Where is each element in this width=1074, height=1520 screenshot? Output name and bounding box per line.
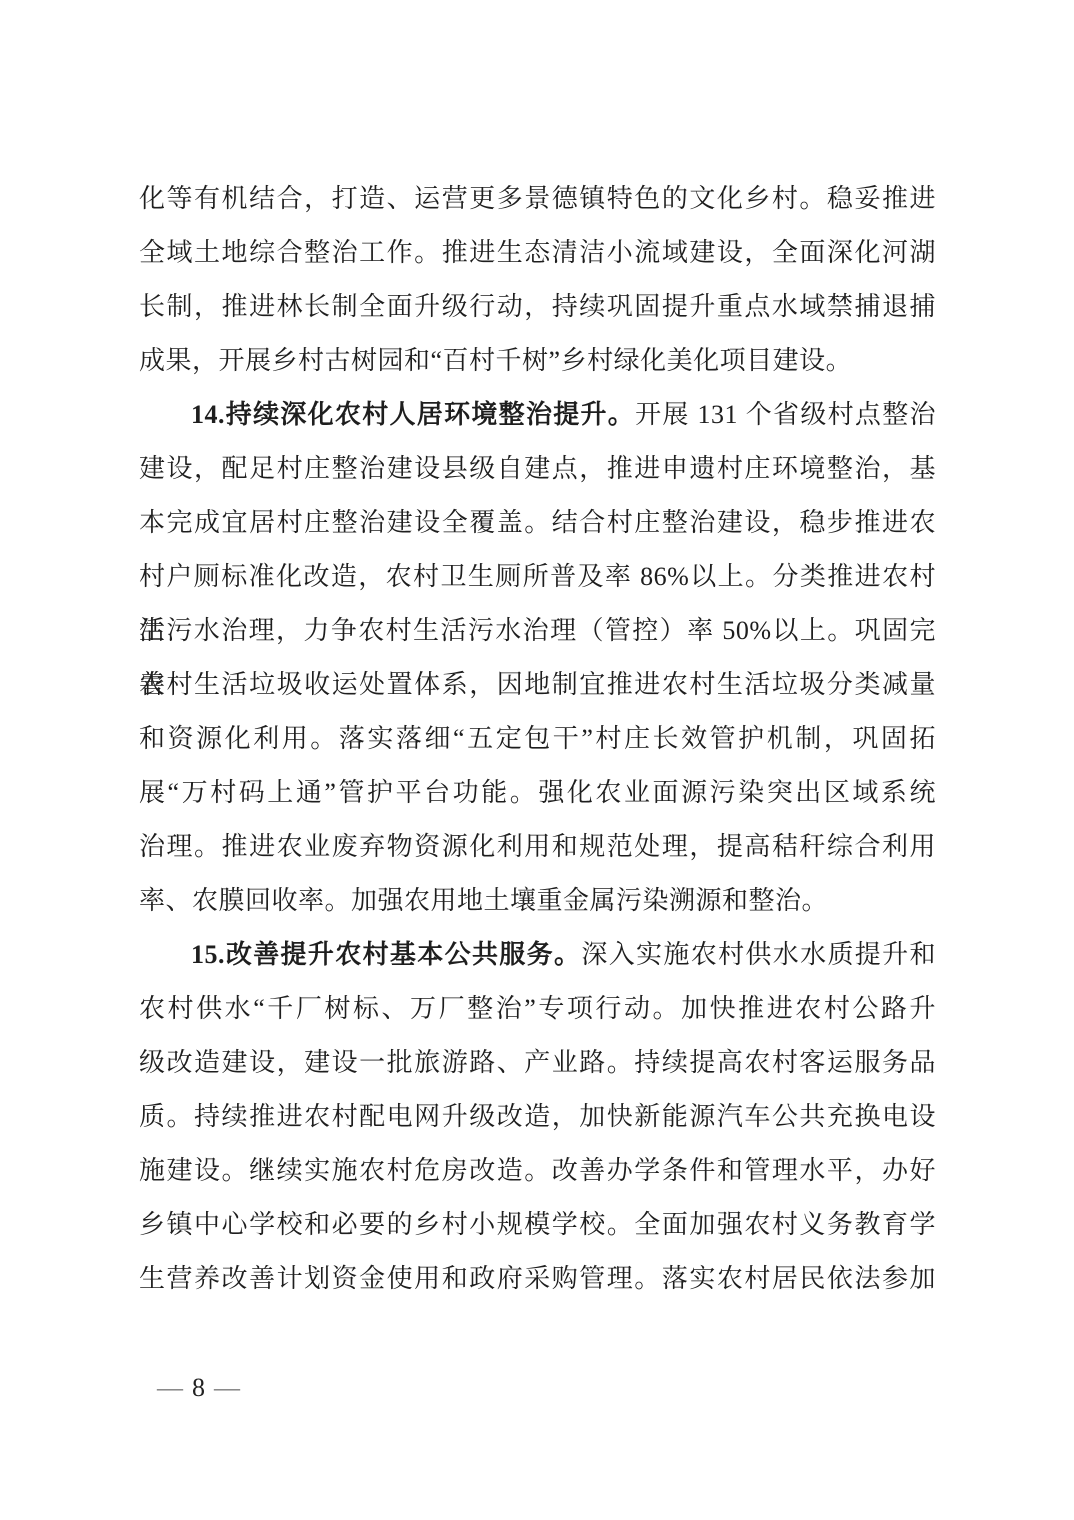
body-text-segment: 质。持续推进农村配电网升级改造，加快新能源汽车公共充换电设 [139,1102,936,1131]
body-text-segment: 率、农膜回收率。加强农用地土壤重金属污染溯源和整治。 [139,886,828,915]
body-text-segment: 成果，开展乡村古树园和“百村千树”乡村绿化美化项目建设。 [139,346,852,375]
text-line-7: 本完成宜居村庄整治建设全覆盖。结合村庄整治建设，稳步推进农 [139,496,936,550]
text-line-13: 治理。推进农业废弃物资源化利用和规范处理，提高秸秆综合利用 [139,820,936,874]
section-heading-segment: 14.持续深化农村人居环境整治提升。 [191,400,635,429]
body-text-segment: 建设，配足村庄整治建设县级自建点，推进申遗村庄环境整治，基 [139,454,936,483]
body-text-segment: 和资源化利用。落实落细“五定包干”村庄长效管护机制，巩固拓 [139,724,936,753]
body-text-segment: 全域土地综合整治工作。推进生态清洁小流域建设，全面深化河湖 [139,238,936,267]
text-line-15: 15.改善提升农村基本公共服务。深入实施农村供水水质提升和 [139,928,936,982]
text-line-10: 农村生活垃圾收运处置体系，因地制宜推进农村生活垃圾分类减量 [139,658,936,712]
text-line-16: 农村供水“千厂树标、万厂整治”专项行动。加快推进农村公路升 [139,982,936,1036]
text-line-5: 14.持续深化农村人居环境整治提升。开展 131 个省级村点整治 [139,388,936,442]
footer-left-dash: — [157,1373,183,1402]
body-text-segment: 开展 131 个省级村点整治 [635,400,936,429]
text-line-18: 质。持续推进农村配电网升级改造，加快新能源汽车公共充换电设 [139,1090,936,1144]
text-line-8: 村户厕标准化改造，农村卫生厕所普及率 86%以上。分类推进农村生 [139,550,936,604]
document-page: 化等有机结合，打造、运营更多景德镇特色的文化乡村。稳妥推进全域土地综合整治工作。… [0,0,1074,1520]
text-line-6: 建设，配足村庄整治建设县级自建点，推进申遗村庄环境整治，基 [139,442,936,496]
body-text-segment: 展“万村码上通”管护平台功能。强化农业面源污染突出区域系统 [139,778,936,807]
text-line-4: 成果，开展乡村古树园和“百村千树”乡村绿化美化项目建设。 [139,334,936,388]
text-line-1: 化等有机结合，打造、运营更多景德镇特色的文化乡村。稳妥推进 [139,172,936,226]
text-line-14: 率、农膜回收率。加强农用地土壤重金属污染溯源和整治。 [139,874,936,928]
footer-right-dash: — [214,1373,240,1402]
body-text-segment: 农村供水“千厂树标、万厂整治”专项行动。加快推进农村公路升 [139,994,936,1023]
text-block: 化等有机结合，打造、运营更多景德镇特色的文化乡村。稳妥推进全域土地综合整治工作。… [139,172,936,1306]
body-text-segment: 乡镇中心学校和必要的乡村小规模学校。全面加强农村义务教育学 [139,1210,936,1239]
body-text-segment: 生营养改善计划资金使用和政府采购管理。落实农村居民依法参加 [139,1264,936,1293]
body-text-segment: 治理。推进农业废弃物资源化利用和规范处理，提高秸秆综合利用 [139,832,936,861]
text-line-12: 展“万村码上通”管护平台功能。强化农业面源污染突出区域系统 [139,766,936,820]
body-text-segment: 化等有机结合，打造、运营更多景德镇特色的文化乡村。稳妥推进 [139,184,936,213]
text-line-3: 长制，推进林长制全面升级行动，持续巩固提升重点水域禁捕退捕 [139,280,936,334]
text-line-19: 施建设。继续实施农村危房改造。改善办学条件和管理水平，办好 [139,1144,936,1198]
body-text-segment: 级改造建设，建设一批旅游路、产业路。持续提高农村客运服务品 [139,1048,936,1077]
body-text-segment: 本完成宜居村庄整治建设全覆盖。结合村庄整治建设，稳步推进农 [139,508,936,537]
footer-page-number: 8 [192,1373,205,1402]
text-line-17: 级改造建设，建设一批旅游路、产业路。持续提高农村客运服务品 [139,1036,936,1090]
text-line-2: 全域土地综合整治工作。推进生态清洁小流域建设，全面深化河湖 [139,226,936,280]
text-line-21: 生营养改善计划资金使用和政府采购管理。落实农村居民依法参加 [139,1252,936,1306]
text-line-9: 活污水治理，力争农村生活污水治理（管控）率 50%以上。巩固完善 [139,604,936,658]
body-text-segment: 施建设。继续实施农村危房改造。改善办学条件和管理水平，办好 [139,1156,936,1185]
body-text-segment: 长制，推进林长制全面升级行动，持续巩固提升重点水域禁捕退捕 [139,292,936,321]
text-line-20: 乡镇中心学校和必要的乡村小规模学校。全面加强农村义务教育学 [139,1198,936,1252]
body-text-segment: 农村生活垃圾收运处置体系，因地制宜推进农村生活垃圾分类减量 [139,670,936,699]
body-text-segment: 深入实施农村供水水质提升和 [581,940,936,969]
page-number-footer: —8— [157,1361,240,1415]
text-line-11: 和资源化利用。落实落细“五定包干”村庄长效管护机制，巩固拓 [139,712,936,766]
section-heading-segment: 15.改善提升农村基本公共服务。 [191,940,581,969]
